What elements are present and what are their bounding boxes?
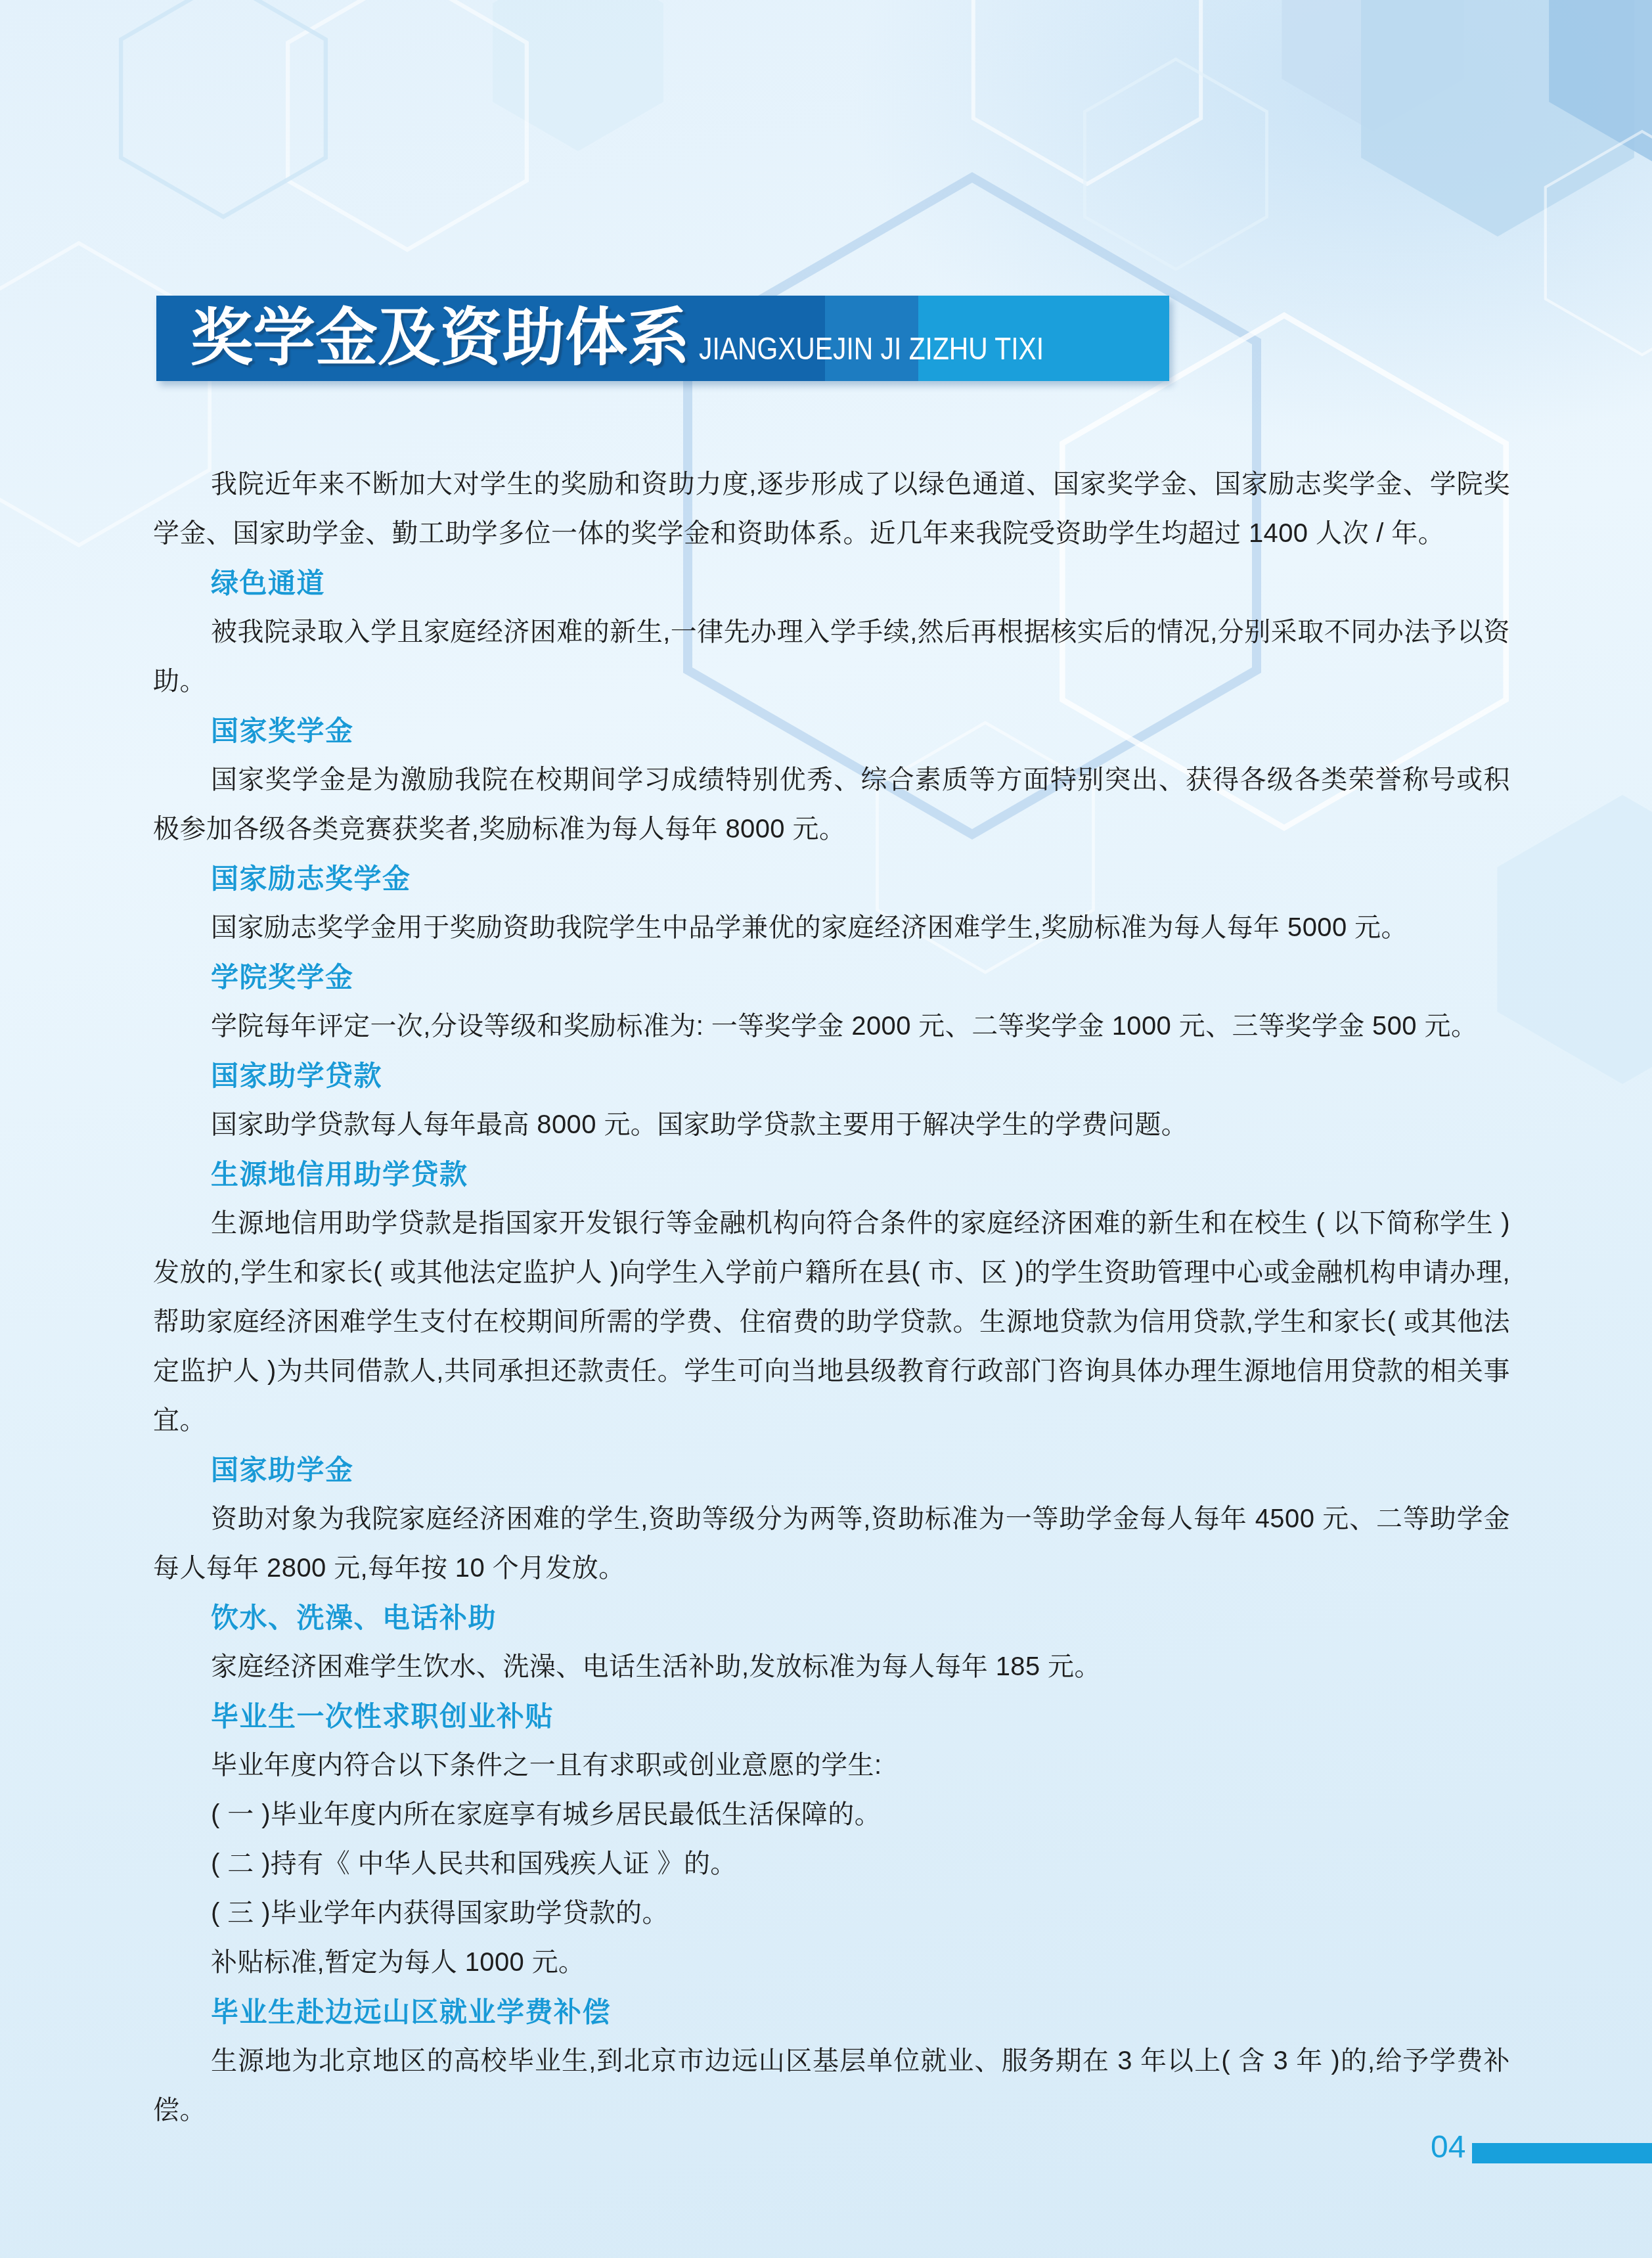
section-paragraph: 生源地信用助学贷款是指国家开发银行等金融机构向符合条件的家庭经济困难的新生和在校… <box>153 1199 1510 1445</box>
hexagon-shape <box>1282 0 1463 131</box>
heading-remote-area-tuition-compensation: 毕业生赴边远山区就业学费补偿 <box>153 1987 1510 2037</box>
heading-college-scholarship: 学院奖学金 <box>153 953 1510 1002</box>
section-paragraph: 资助对象为我院家庭经济困难的学生,资助等级分为两等,资助标准为一等助学金每人每年… <box>153 1495 1510 1593</box>
subsidy-standard-paragraph: 补贴标准,暂定为每人 1000 元。 <box>153 1938 1510 1987</box>
section-paragraph: 生源地为北京地区的高校毕业生,到北京市边远山区基层单位就业、服务期在 3 年以上… <box>153 2037 1510 2135</box>
page-content: 我院近年来不断加大对学生的奖励和资助力度,逐步形成了以绿色通道、国家奖学金、国家… <box>153 460 1510 2135</box>
page-title: 奖学金及资助体系 <box>190 304 690 373</box>
hexagon-shape <box>1497 795 1652 1084</box>
hexagon-shape <box>121 0 326 217</box>
condition-item-1: ( 一 )毕业年度内所在家庭享有城乡居民最低生活保障的。 <box>153 1790 1510 1840</box>
section-paragraph: 国家助学贷款每人每年最高 8000 元。国家助学贷款主要用于解决学生的学费问题。 <box>153 1100 1510 1150</box>
section-paragraph: 家庭经济困难学生饮水、洗澡、电话生活补助,发放标准为每人每年 185 元。 <box>153 1642 1510 1692</box>
hexagon-shape <box>288 0 527 250</box>
hexagon-shape <box>1546 131 1652 355</box>
heading-national-scholarship: 国家奖学金 <box>153 706 1510 756</box>
heading-national-encouragement-scholarship: 国家励志奖学金 <box>153 854 1510 903</box>
hexagon-shape <box>1361 0 1634 237</box>
section-paragraph: 毕业年度内符合以下条件之一且有求职或创业意愿的学生: <box>153 1741 1510 1790</box>
page-number: 04 <box>1431 2131 1465 2165</box>
intro-paragraph: 我院近年来不断加大对学生的奖励和资助力度,逐步形成了以绿色通道、国家奖学金、国家… <box>153 460 1510 558</box>
condition-item-2: ( 二 )持有《 中华人民共和国残疾人证 》的。 <box>153 1840 1510 1889</box>
heading-national-student-loan: 国家助学贷款 <box>153 1051 1510 1100</box>
section-paragraph: 国家奖学金是为激励我院在校期间学习成绩特别优秀、综合素质等方面特别突出、获得各级… <box>153 756 1510 854</box>
heading-green-channel: 绿色通道 <box>153 558 1510 608</box>
heading-utilities-subsidy: 饮水、洗澡、电话补助 <box>153 1593 1510 1642</box>
hexagon-shape <box>493 0 663 151</box>
section-paragraph: 被我院录取入学且家庭经济困难的新生,一律先办理入学手续,然后再根据核实后的情况,… <box>153 608 1510 706</box>
hexagon-shape <box>1084 59 1266 269</box>
section-paragraph: 国家励志奖学金用于奖励资助我院学生中品学兼优的家庭经济困难学生,奖励标准为每人每… <box>153 903 1510 953</box>
hexagon-shape <box>973 0 1201 184</box>
page-number-bar <box>1472 2143 1652 2163</box>
page-title-pinyin: JIANGXUEJIN JI ZIZHU TIXI <box>699 307 1044 392</box>
brochure-page: 奖学金及资助体系JIANGXUEJIN JI ZIZHU TIXI 我院近年来不… <box>0 0 1652 2258</box>
section-paragraph: 学院每年评定一次,分设等级和奖励标准为: 一等奖学金 2000 元、二等奖学金 … <box>153 1002 1510 1051</box>
heading-origin-credit-student-loan: 生源地信用助学贷款 <box>153 1150 1510 1199</box>
heading-graduate-job-startup-subsidy: 毕业生一次性求职创业补贴 <box>153 1692 1510 1741</box>
heading-national-grant: 国家助学金 <box>153 1445 1510 1495</box>
section-title-banner: 奖学金及资助体系JIANGXUEJIN JI ZIZHU TIXI <box>156 296 1169 381</box>
condition-item-3: ( 三 )毕业学年内获得国家助学贷款的。 <box>153 1889 1510 1938</box>
hexagon-shape <box>1549 0 1652 171</box>
